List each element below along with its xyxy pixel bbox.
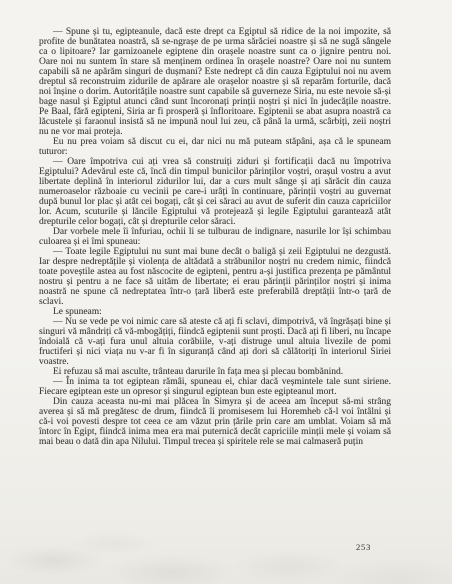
book-page: — Spune și tu, egipteanule, dacă este dr… [0, 0, 452, 584]
paragraph-dialogue: — Spune și tu, egipteanule, dacă este dr… [39, 27, 391, 137]
paragraph-dialogue: — Toate legile Egiptului nu sunt mai bun… [39, 247, 391, 307]
text-block: — Spune și tu, egipteanule, dacă este dr… [39, 27, 391, 447]
paragraph-narration: Dar vorbele mele îi înfuriau, ochii li s… [39, 227, 391, 247]
paragraph-dialogue: — În inima ta tot egiptean rămâi, spunea… [39, 377, 391, 397]
paragraph-dialogue: — Oare împotriva cui ați vrea să constru… [39, 157, 391, 227]
paragraph-narration: Din cauza aceasta nu-mi mai plăcea în Si… [39, 397, 391, 447]
paragraph-dialogue: — Nu se vede pe voi nimic care să ateste… [39, 317, 391, 367]
paragraph-narration: Le spuneam: [39, 307, 391, 317]
paragraph-narration: Ei refuzau să mai asculte, trânteau daru… [39, 367, 391, 377]
page-number: 253 [356, 542, 392, 552]
paragraph-narration: Eu nu prea voiam să discut cu ei, dar ni… [39, 137, 391, 157]
